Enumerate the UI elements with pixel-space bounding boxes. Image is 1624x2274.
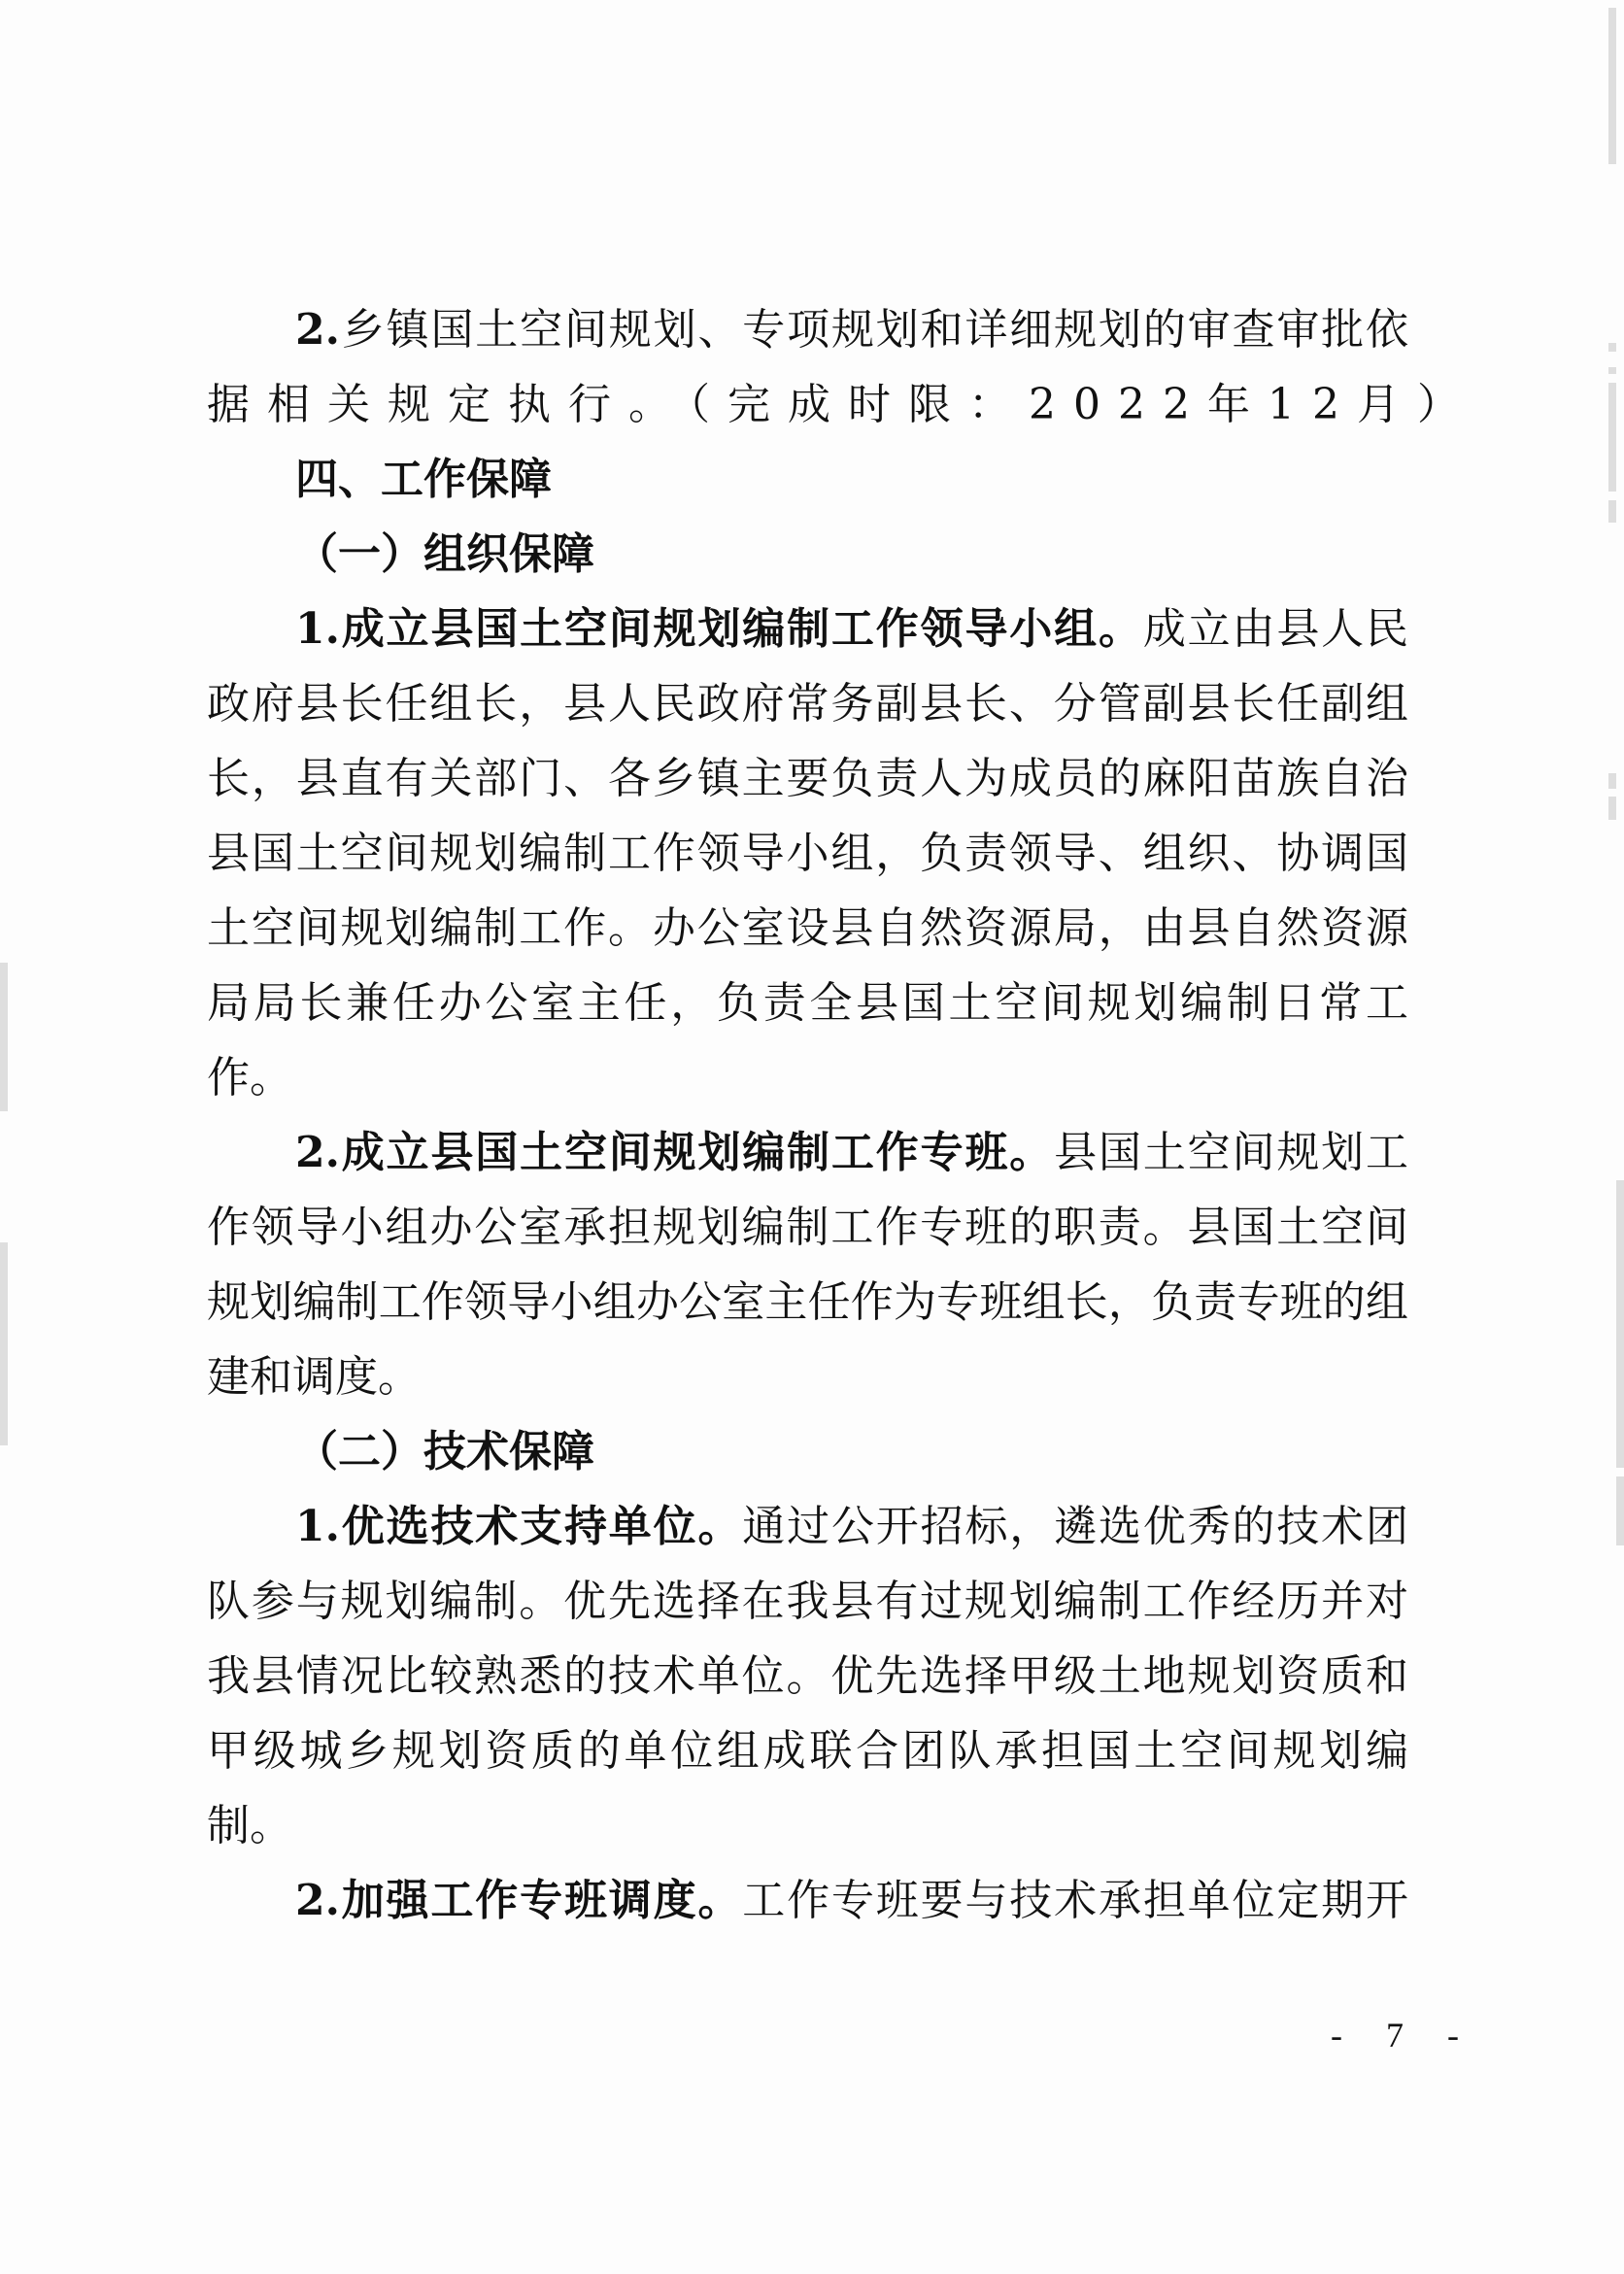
item-title: 2.成立县国土空间规划编制工作专班。 [295, 1128, 1054, 1177]
item-title: 2.加强工作专班调度。 [295, 1876, 742, 1925]
paragraph-line: 作。 [207, 1049, 292, 1107]
heading-text: （一）组织保障 [295, 529, 594, 579]
paragraph-line: 1.成立县国土空间规划编制工作领导小组。成立由县人民 [295, 600, 1408, 659]
page-number: - 7 - [1331, 2011, 1476, 2059]
paragraph-line: 长，县直有关部门、各乡镇主要负责人为成员的麻阳苗族自治 [207, 750, 1408, 808]
paragraph-line: 甲级城乡规划资质的单位组成联合团队承担国土空间规划编 [207, 1722, 1408, 1781]
scan-edge-mark [0, 963, 8, 1111]
paragraph-line: 2.成立县国土空间规划编制工作专班。县国土空间规划工 [295, 1124, 1408, 1182]
paragraph-line: 1.优选技术支持单位。通过公开招标，遴选优秀的技术团 [295, 1498, 1408, 1556]
scan-edge-mark [1608, 8, 1616, 164]
paragraph-text: 县国土空间规划工 [1054, 1128, 1408, 1177]
paragraph-line: 局局长兼任办公室主任，负责全县国土空间规划编制日常工 [207, 974, 1408, 1033]
heading-text: 四、工作保障 [295, 455, 552, 504]
paragraph-line: 规划编制工作领导小组办公室主任作为专班组长，负责专班的组 [207, 1273, 1408, 1332]
scan-edge-mark [0, 1242, 8, 1445]
paragraph-line: 2.乡镇国土空间规划、专项规划和详细规划的审查审批依 [295, 301, 1408, 359]
paragraph-line: 建和调度。 [207, 1348, 421, 1407]
paragraph-text: 通过公开招标，遴选优秀的技术团 [742, 1502, 1408, 1551]
scan-edge-mark [1608, 797, 1616, 820]
scan-edge-mark [1608, 773, 1616, 789]
section-heading: 四、工作保障 [295, 451, 552, 509]
paragraph-line: 队参与规划编制。优先选择在我县有过规划编制工作经历并对 [207, 1573, 1408, 1631]
paragraph-line: 政府县长任组长，县人民政府常务副县长、分管副县长任副组 [207, 675, 1408, 733]
paragraph-text: 工作专班要与技术承担单位定期开 [742, 1876, 1408, 1925]
paragraph-text: 乡镇国土空间规划、专项规划和详细规划的审查审批依 [340, 305, 1408, 355]
scan-edge-mark [1608, 383, 1616, 492]
paragraph-line: 县国土空间规划编制工作领导小组，负责领导、组织、协调国 [207, 825, 1408, 883]
paragraph-text: 据相关规定执行。（完成时限：2022年12月） [207, 380, 1477, 429]
item-number: 2. [295, 305, 340, 355]
scan-edge-mark [1616, 1180, 1624, 1468]
subsection-heading: （一）组织保障 [295, 526, 594, 584]
subsection-heading: （二）技术保障 [295, 1423, 594, 1481]
scan-edge-mark [1608, 343, 1616, 352]
scan-edge-mark [1616, 1476, 1624, 1545]
paragraph-line: 据相关规定执行。（完成时限：2022年12月） [207, 376, 1477, 434]
paragraph-line: 制。 [207, 1797, 292, 1855]
item-title: 1.成立县国土空间规划编制工作领导小组。 [295, 604, 1143, 654]
scan-edge-mark [1608, 367, 1616, 374]
scan-edge-mark [1608, 500, 1616, 523]
paragraph-line: 作领导小组办公室承担规划编制工作专班的职责。县国土空间 [207, 1199, 1408, 1257]
paragraph-text: 成立由县人民 [1143, 604, 1408, 654]
paragraph-line: 2.加强工作专班调度。工作专班要与技术承担单位定期开 [295, 1872, 1408, 1930]
paragraph-line: 土空间规划编制工作。办公室设县自然资源局，由县自然资源 [207, 899, 1408, 958]
paragraph-line: 我县情况比较熟悉的技术单位。优先选择甲级土地规划资质和 [207, 1647, 1408, 1706]
heading-text: （二）技术保障 [295, 1427, 594, 1476]
item-title: 1.优选技术支持单位。 [295, 1502, 742, 1551]
document-page: 2.乡镇国土空间规划、专项规划和详细规划的审查审批依 据相关规定执行。（完成时限… [0, 0, 1624, 2274]
